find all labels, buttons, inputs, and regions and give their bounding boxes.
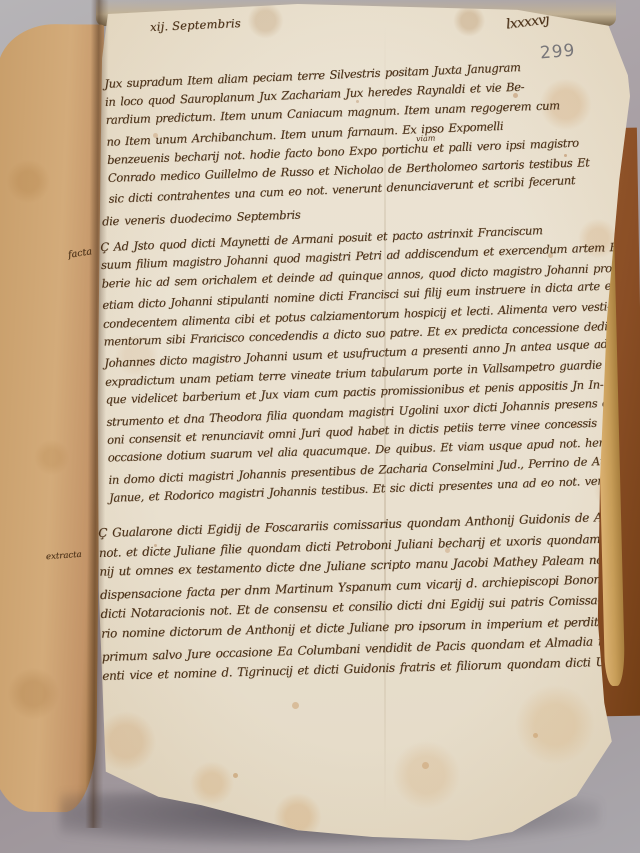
entry-paragraph-2: Ç Ad Jsto quod dicti Maynetti de Armani … — [100, 215, 640, 509]
manuscript-photo: xij. Septembris lxxxxvj 299 Jux supradum… — [0, 0, 640, 853]
main-page: xij. Septembris lxxxxvj 299 Jux supradum… — [94, 4, 630, 842]
interlinear-note: viam — [416, 134, 436, 144]
date-line: die veneris duodecimo Septembris — [102, 208, 301, 229]
page-heading: xij. Septembris — [150, 16, 241, 34]
entry-paragraph-3: Ç Gualarone dicti Egidij de Foscarariis … — [98, 505, 640, 687]
folio-number-ink: lxxxxvj — [505, 11, 550, 32]
entry-paragraph-1: Jux supradum Item aliam peciam terre Sil… — [104, 56, 590, 208]
